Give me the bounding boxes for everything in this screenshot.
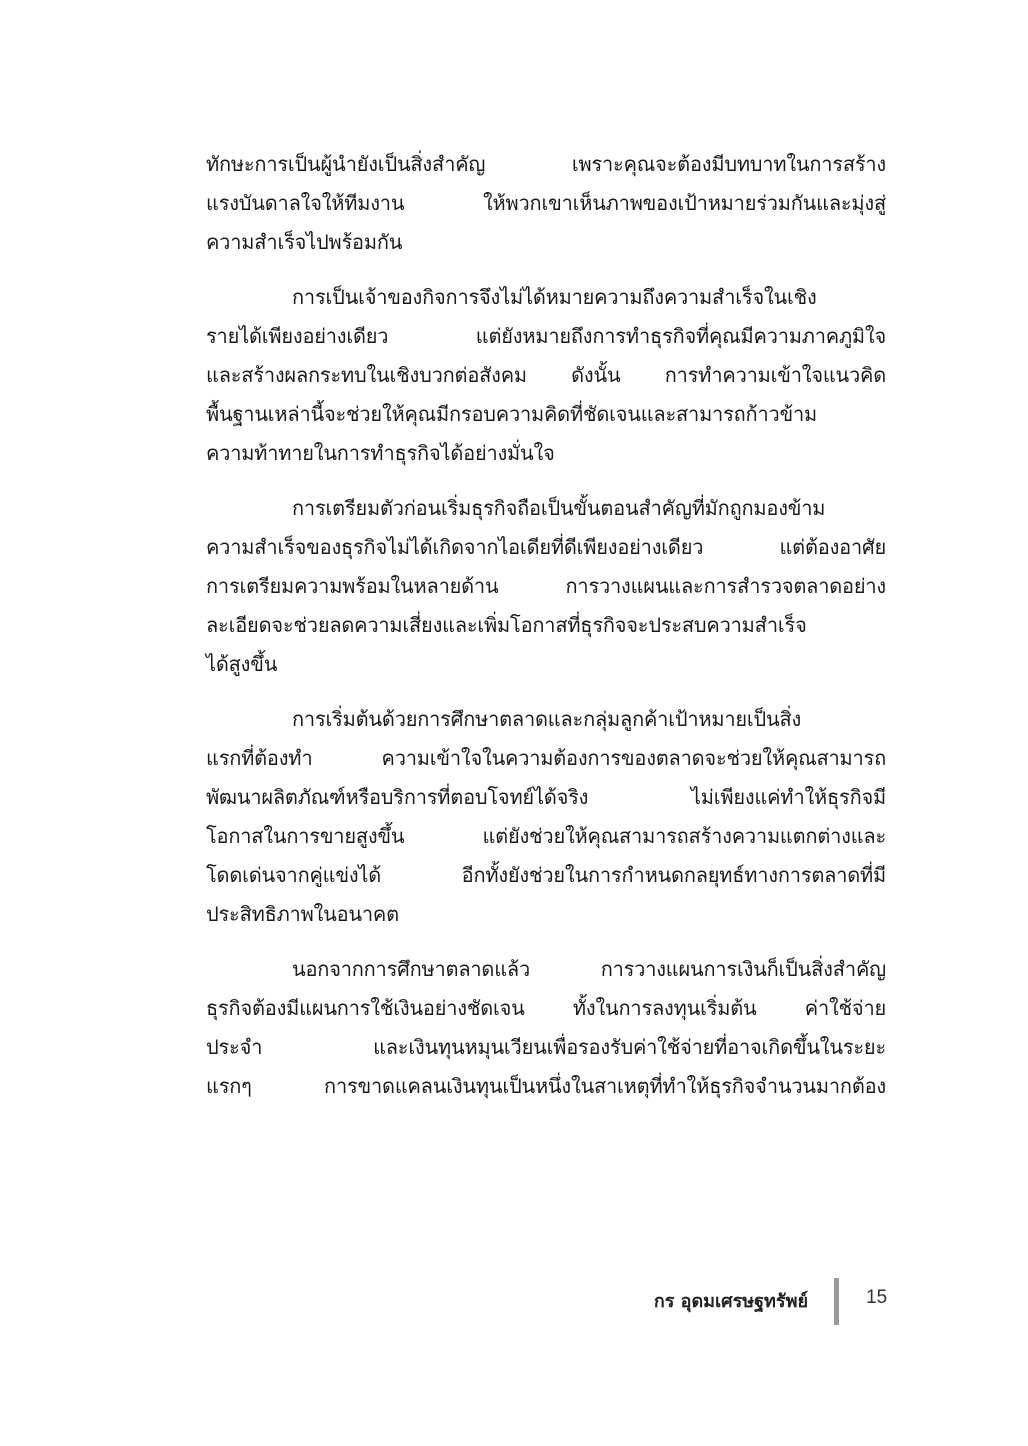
body-text: ทักษะการเป็นผู้นำยังเป็นสิ่งสำคัญ เพราะค… — [206, 145, 886, 1122]
text-line: โอกาสในการขายสูงขึ้น แต่ยังช่วยให้คุณสาม… — [206, 817, 886, 856]
text-line: ละเอียดจะช่วยลดความเสี่ยงและเพิ่มโอกาสที… — [206, 606, 886, 645]
text-line: โดดเด่นจากคู่แข่งได้ อีกทั้งยังช่วยในการ… — [206, 856, 886, 895]
document-page: ทักษะการเป็นผู้นำยังเป็นสิ่งสำคัญ เพราะค… — [0, 0, 1028, 1446]
text-line: การเตรียมตัวก่อนเริ่มธุรกิจถือเป็นขั้นตอ… — [206, 489, 886, 528]
text-line: การเป็นเจ้าของกิจการจึงไม่ได้หมายความถึง… — [206, 278, 886, 317]
page-footer: กร อุดมเศรษฐทรัพย์ 15 — [600, 1278, 890, 1326]
text-line: พัฒนาผลิตภัณฑ์หรือบริการที่ตอบโจทย์ได้จร… — [206, 778, 886, 817]
text-line: ได้สูงขึ้น — [206, 645, 886, 684]
text-line: แรกที่ต้องทำ ความเข้าใจในความต้องการของต… — [206, 739, 886, 778]
text-line: และสร้างผลกระทบในเชิงบวกต่อสังคม ดังนั้น… — [206, 356, 886, 395]
text-line: การเตรียมความพร้อมในหลายด้าน การวางแผนแล… — [206, 567, 886, 606]
text-line: ประจำ และเงินทุนหมุนเวียนเพื่อรองรับค่าใ… — [206, 1028, 886, 1067]
paragraph-5: นอกจากการศึกษาตลาดแล้ว การวางแผนการเงินก… — [206, 950, 886, 1106]
text-line: ประสิทธิภาพในอนาคต — [206, 895, 886, 934]
paragraph-1: ทักษะการเป็นผู้นำยังเป็นสิ่งสำคัญ เพราะค… — [206, 145, 886, 262]
text-line: รายได้เพียงอย่างเดียว แต่ยังหมายถึงการทำ… — [206, 317, 886, 356]
text-line: แรงบันดาลใจให้ทีมงาน ให้พวกเขาเห็นภาพของ… — [206, 184, 886, 223]
text-line: พื้นฐานเหล่านี้จะช่วยให้คุณมีกรอบความคิด… — [206, 395, 886, 434]
text-line: ความสำเร็จของธุรกิจไม่ได้เกิดจากไอเดียที… — [206, 528, 886, 567]
text-line: แรกๆ การขาดแคลนเงินทุนเป็นหนึ่งในสาเหตุท… — [206, 1067, 886, 1106]
text-line: ความสำเร็จไปพร้อมกัน — [206, 223, 886, 262]
paragraph-2: การเป็นเจ้าของกิจการจึงไม่ได้หมายความถึง… — [206, 278, 886, 473]
author-name: กร อุดมเศรษฐทรัพย์ — [654, 1286, 808, 1315]
text-line: การเริ่มต้นด้วยการศึกษาตลาดและกลุ่มลูกค้… — [206, 700, 886, 739]
text-line: ธุรกิจต้องมีแผนการใช้เงินอย่างชัดเจน ทั้… — [206, 989, 886, 1028]
paragraph-4: การเริ่มต้นด้วยการศึกษาตลาดและกลุ่มลูกค้… — [206, 700, 886, 934]
text-line: ความท้าทายในการทำธุรกิจได้อย่างมั่นใจ — [206, 434, 886, 473]
text-line: ทักษะการเป็นผู้นำยังเป็นสิ่งสำคัญ เพราะค… — [206, 145, 886, 184]
paragraph-3: การเตรียมตัวก่อนเริ่มธุรกิจถือเป็นขั้นตอ… — [206, 489, 886, 684]
footer-divider — [834, 1278, 839, 1325]
page-number: 15 — [866, 1287, 887, 1309]
text-line: นอกจากการศึกษาตลาดแล้ว การวางแผนการเงินก… — [206, 950, 886, 989]
